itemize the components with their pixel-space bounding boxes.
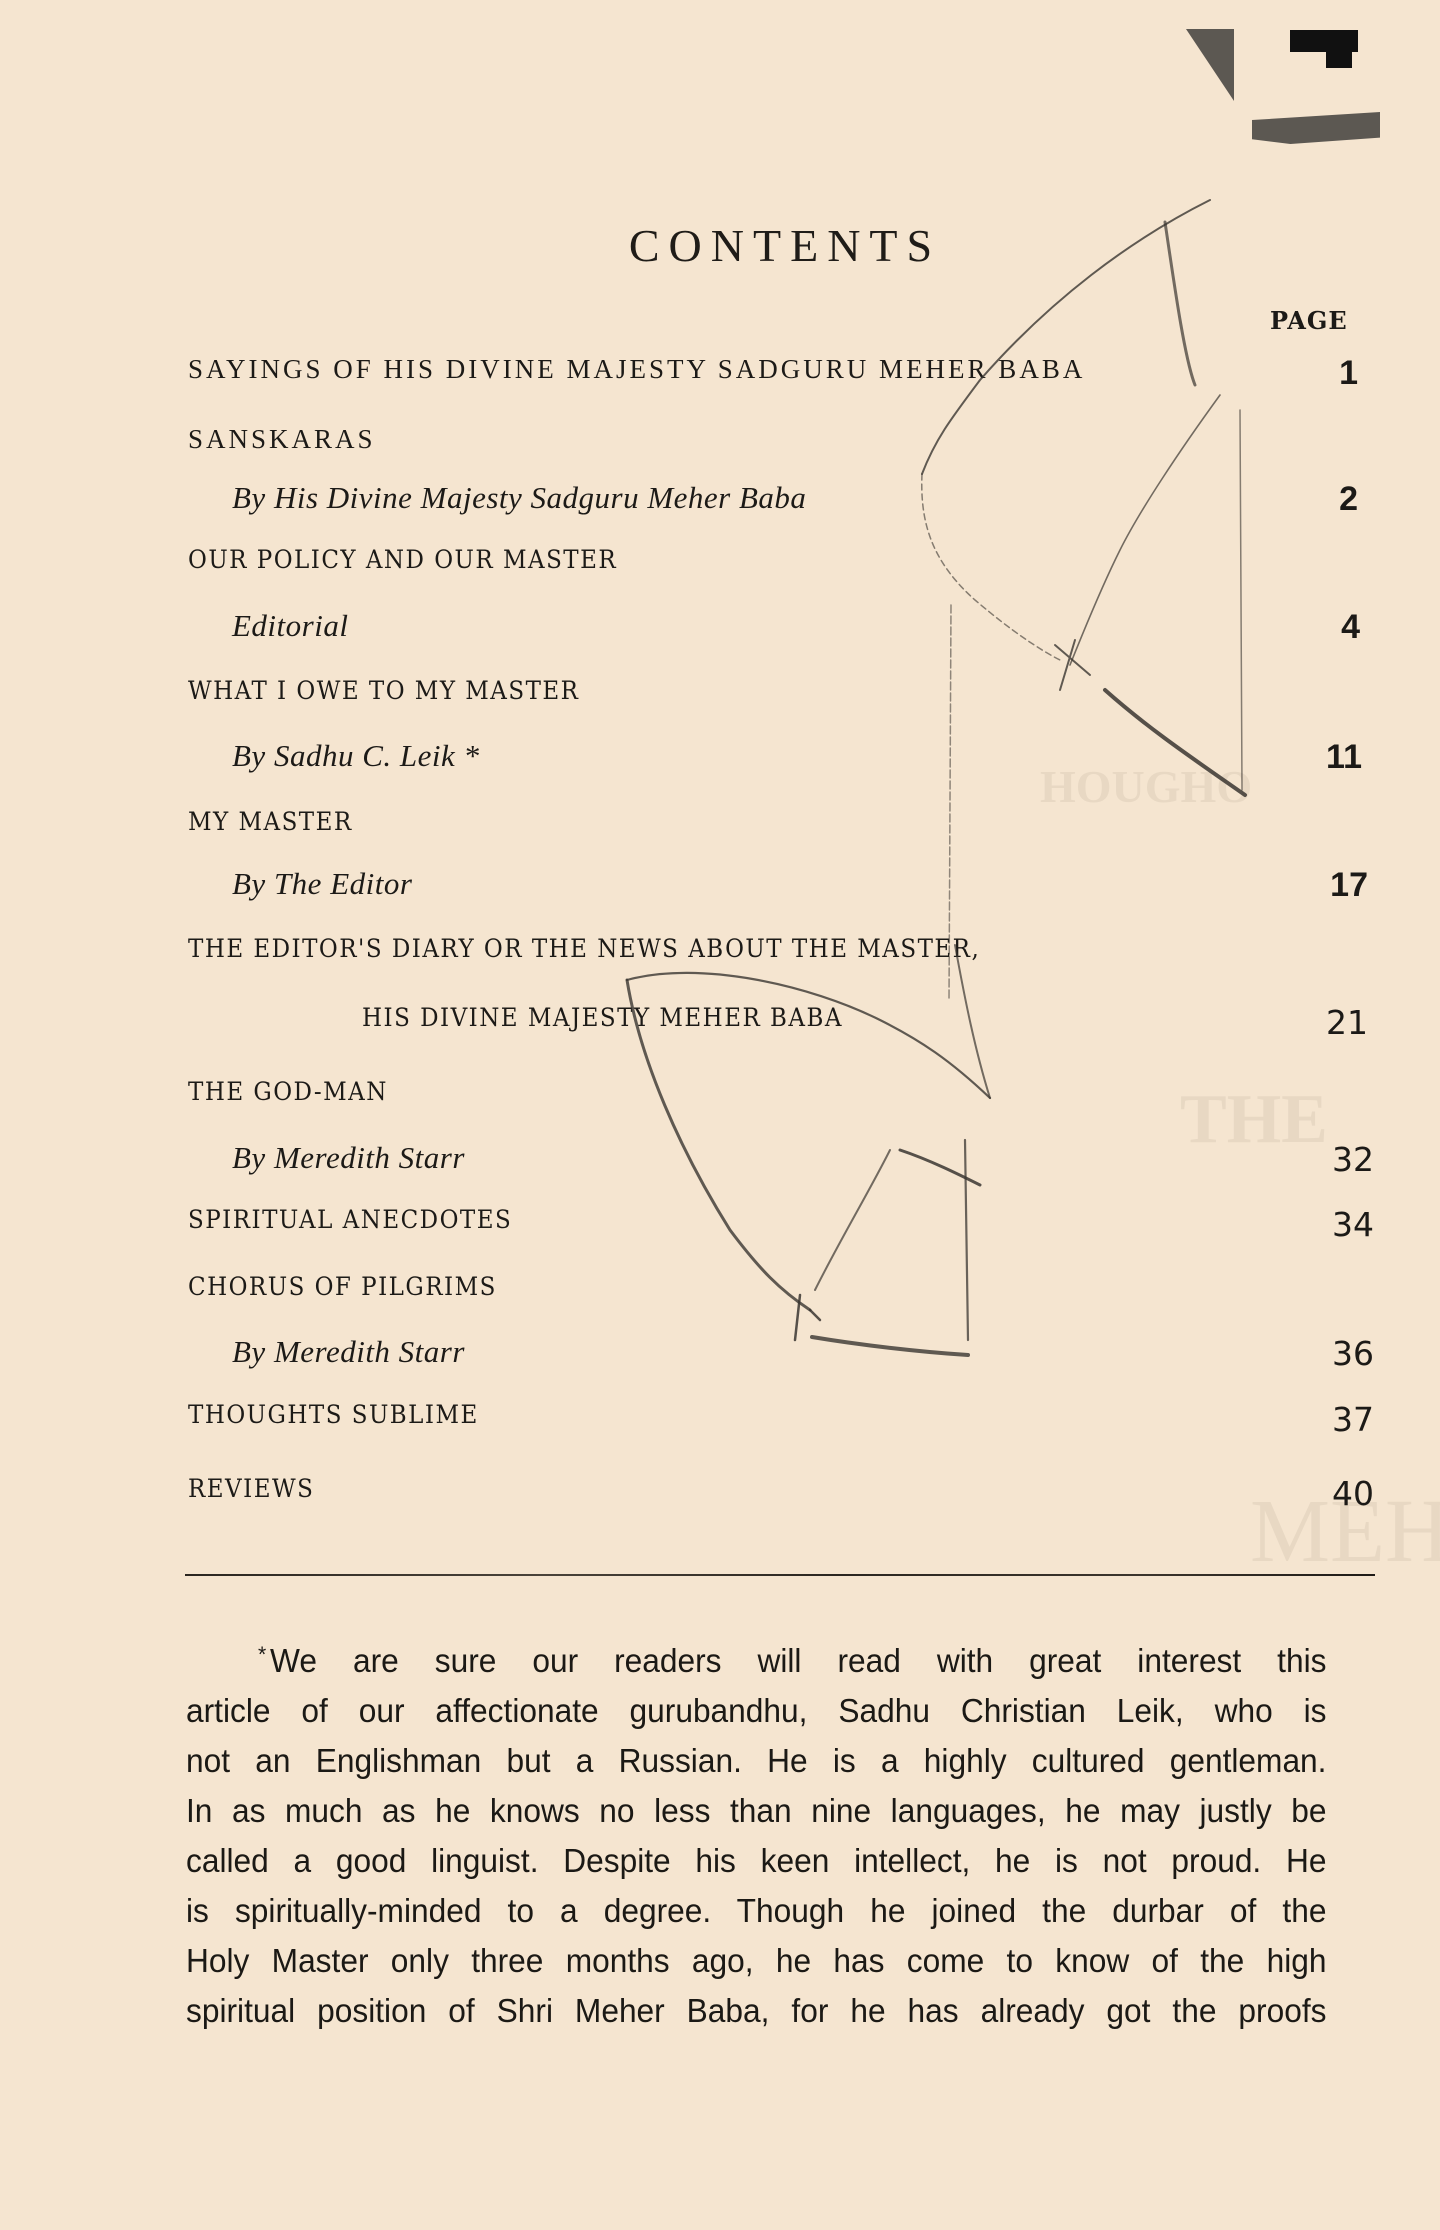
toc-entry[interactable]: WHAT I OWE TO MY MASTER (0, 676, 1440, 716)
toc-entry-title: WHAT I OWE TO MY MASTER (188, 676, 579, 705)
toc-entry-title: SPIRITUAL ANECDOTES (188, 1205, 512, 1234)
corner-mark (1326, 30, 1352, 68)
footnote-line: is spiritually-minded to a degree. Thoug… (186, 1886, 1326, 1936)
toc-entry-page: 11 (1326, 738, 1362, 777)
toc-entry-author-row: By His Divine Majesty Sadguru Meher Baba… (0, 480, 1440, 520)
horizontal-rule (185, 1574, 1375, 1576)
footnote-line: called a good linguist. Despite his keen… (186, 1836, 1326, 1886)
toc-entry-page: 4 (1341, 608, 1360, 647)
toc-entry[interactable]: SPIRITUAL ANECDOTES 34 (0, 1205, 1440, 1245)
scanned-page: HOUGHO THE MEHE CONTENTS PAGE SAYINGS OF… (0, 0, 1440, 2230)
toc-entry-page: 37 (1332, 1400, 1374, 1439)
toc-entry[interactable]: SANSKARAS (0, 424, 1440, 464)
toc-entry-author-row: By Meredith Starr 36 (0, 1334, 1440, 1374)
toc-entry-author-row: By Sadhu C. Leik * 11 (0, 738, 1440, 778)
toc-entry-page: 21 (1326, 1003, 1368, 1042)
toc-entry-title: THE EDITOR'S DIARY OR THE NEWS ABOUT THE… (188, 934, 980, 963)
page-column-header: PAGE (1270, 306, 1348, 335)
toc-entry-title: CHORUS OF PILGRIMS (188, 1272, 497, 1301)
footnote-line: In as much as he knows no less than nine… (186, 1786, 1326, 1836)
footnote-line: not an Englishman but a Russian. He is a… (186, 1736, 1326, 1786)
toc-entry-author: By Sadhu C. Leik * (232, 738, 480, 774)
toc-entry[interactable]: THE GOD-MAN (0, 1077, 1440, 1117)
footnote-line: *We are sure our readers will read with … (186, 1630, 1326, 1686)
toc-entry[interactable]: SAYINGS OF HIS DIVINE MAJESTY SADGURU ME… (0, 354, 1440, 394)
toc-entry[interactable]: THE EDITOR'S DIARY OR THE NEWS ABOUT THE… (0, 934, 1440, 974)
toc-entry-author: Editorial (232, 608, 348, 644)
toc-entry-title-continued-row: HIS DIVINE MAJESTY MEHER BABA 21 (0, 1003, 1440, 1043)
toc-entry-title: OUR POLICY AND OUR MASTER (188, 545, 617, 574)
toc-entry-title: REVIEWS (188, 1474, 314, 1503)
footnote-marker: * (258, 1642, 266, 1667)
toc-entry[interactable]: CHORUS OF PILGRIMS (0, 1272, 1440, 1312)
toc-entry-author-row: By Meredith Starr 32 (0, 1140, 1440, 1180)
toc-entry-author-row: Editorial 4 (0, 608, 1440, 648)
toc-entry[interactable]: REVIEWS 40 (0, 1474, 1440, 1514)
toc-entry-author: By His Divine Majesty Sadguru Meher Baba (232, 480, 806, 516)
toc-entry-title: SANSKARAS (188, 424, 376, 455)
footnote: *We are sure our readers will read with … (186, 1630, 1326, 2036)
toc-entry-title: MY MASTER (188, 807, 353, 836)
footnote-line: Holy Master only three months ago, he ha… (186, 1936, 1326, 1986)
toc-entry-title: THE GOD-MAN (188, 1077, 388, 1106)
toc-entry-author: By The Editor (232, 866, 412, 902)
toc-entry-author: By Meredith Starr (232, 1140, 465, 1176)
toc-entry-title: SAYINGS OF HIS DIVINE MAJESTY SADGURU ME… (188, 354, 1085, 385)
toc-entry[interactable]: MY MASTER (0, 807, 1440, 847)
toc-entry-title: THOUGHTS SUBLIME (188, 1400, 479, 1429)
corner-mark (1186, 29, 1234, 101)
toc-entry-title-continued: HIS DIVINE MAJESTY MEHER BABA (362, 1003, 843, 1032)
toc-entry-page: 17 (1330, 866, 1368, 905)
toc-entry-page: 40 (1332, 1474, 1374, 1513)
toc-entry-page: 1 (1339, 354, 1358, 393)
toc-entry-page: 34 (1332, 1205, 1374, 1244)
toc-entry[interactable]: THOUGHTS SUBLIME 37 (0, 1400, 1440, 1440)
contents-title: CONTENTS (0, 219, 1440, 272)
toc-entry-page: 2 (1339, 480, 1358, 519)
corner-mark (1252, 112, 1380, 144)
toc-entry[interactable]: OUR POLICY AND OUR MASTER (0, 545, 1440, 585)
toc-entry-page: 32 (1332, 1140, 1374, 1179)
toc-entry-author: By Meredith Starr (232, 1334, 465, 1370)
toc-entry-page: 36 (1332, 1334, 1374, 1373)
footnote-line: article of our affectionate gurubandhu, … (186, 1686, 1326, 1736)
footnote-line: spiritual position of Shri Meher Baba, f… (186, 1986, 1326, 2036)
toc-entry-author-row: By The Editor 17 (0, 866, 1440, 906)
